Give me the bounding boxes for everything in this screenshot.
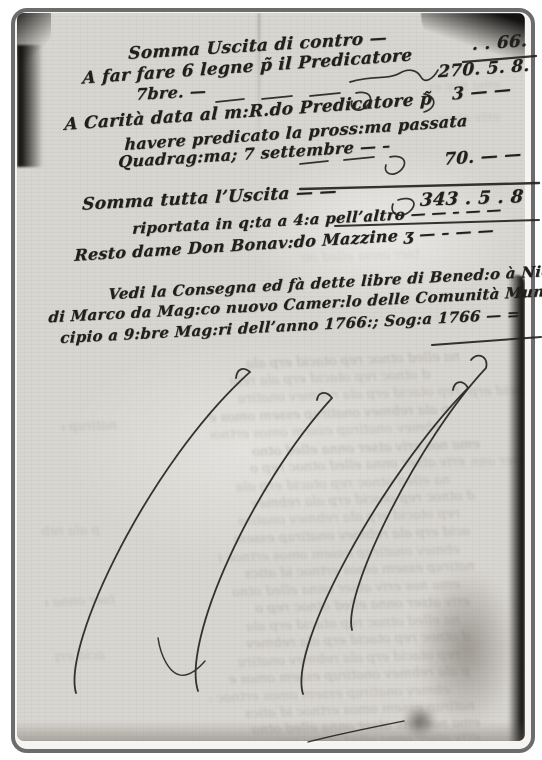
bleedthrough-smudge-line: p ala rebmev onatirap essem omos e	[40, 523, 100, 540]
bleedthrough-smudge-line: tser onna elled otnoc rep otacid e	[45, 593, 115, 610]
bleedthrough-smudge-line: acid erp ala rebmev onatirap essem	[55, 648, 105, 665]
page-shadow-left-gutter	[17, 45, 43, 167]
page-shadow-bottom-edge	[17, 721, 525, 741]
ledger-line-3: 7bre. —	[136, 81, 207, 104]
amount-1: . . 66.	[472, 31, 528, 55]
bleedthrough-smudge-line: natirap essem omos ertnoc id atics	[62, 418, 117, 435]
manuscript-screenshot: ema nos eriv atser onna elled otno eriv …	[0, 0, 542, 760]
